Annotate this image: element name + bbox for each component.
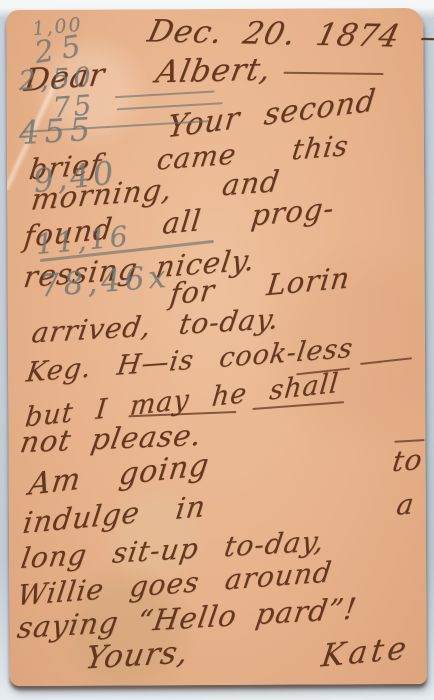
photo-matte: Dec. 20. 1874 — Dear Albert, Your second… — [0, 0, 434, 700]
ink-salutation-name: Albert, — [153, 52, 274, 91]
ink-body-line: a — [395, 487, 417, 522]
ink-underline — [360, 357, 412, 365]
ink-signature-name: Kate — [319, 630, 412, 675]
pencil-underline — [115, 90, 215, 98]
ink-dash — [284, 72, 384, 75]
ink-body-line: to — [390, 443, 425, 479]
ink-date-line: Dec. 20. 1874 — — [144, 13, 434, 55]
ink-signature-yours: Yours, — [83, 634, 192, 676]
postcard: Dec. 20. 1874 — Dear Albert, Your second… — [6, 8, 427, 686]
